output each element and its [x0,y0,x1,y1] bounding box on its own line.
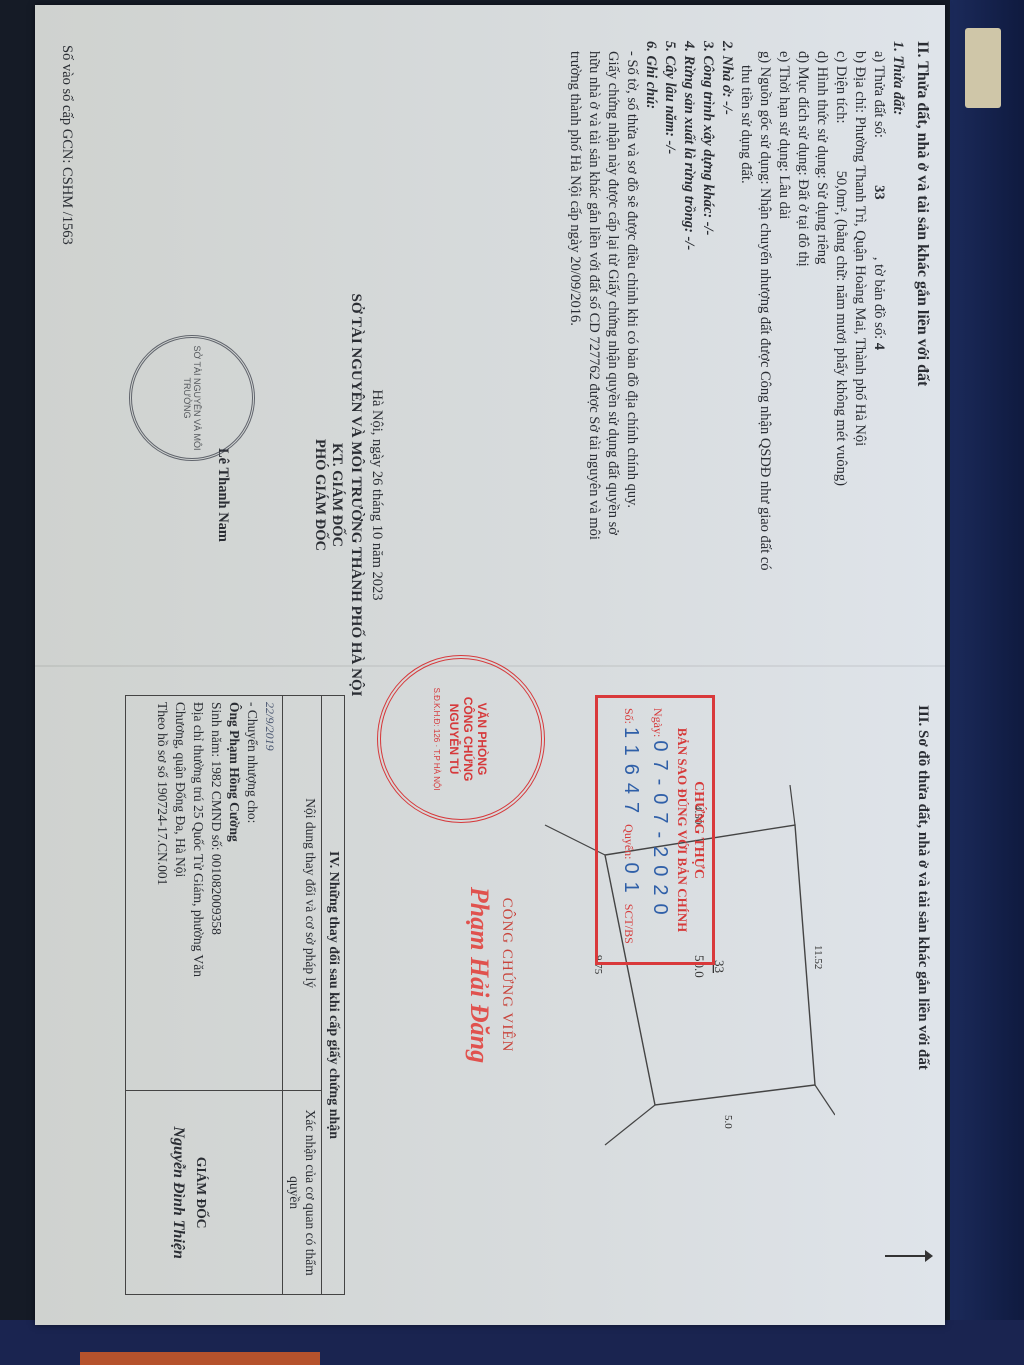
signer-authority: KT. GIÁM ĐỐC [328,285,345,705]
notary-signature: CÔNG CHỨNG VIÊN Phạm Hải Đăng [464,845,515,1105]
usage-purpose-line: đ) Mục đích sử dụng: Đất ở tại đô thị [793,41,812,681]
usage-term-line: e) Thời hạn sử dụng: Lâu dài [774,41,793,681]
note-line: trường thành phố Hà Nội cấp ngày 20/09/2… [565,41,584,681]
other-construction-line: 3. Công trình xây dựng khác: -/- [698,41,717,681]
issue-place-date: Hà Nội, ngày 26 tháng 10 năm 2023 [368,285,385,705]
notary-office-seal: VĂN PHÒNG CÔNG CHỨNG NGUYỄN TÚ S.Đ.K.H.Đ… [377,655,545,823]
certification-date: 07-07-2020 [649,740,671,922]
section-iv-title: IV. Những thay đổi sau khi cấp giấy chứn… [322,696,345,1295]
section-iii-title: III. Sơ đồ thửa đất, nhà ở và tài sản kh… [914,705,931,1070]
signer-role: PHÓ GIÁM ĐỐC [311,285,328,705]
issuance-signature-block: Hà Nội, ngày 26 tháng 10 năm 2023 SỞ TÀI… [214,285,385,705]
col-confirmation: Xác nhận của cơ quan có thẩm quyền [283,1091,322,1295]
house-line: 2. Nhà ở: -/- [717,41,736,681]
area-value: 50,0m², (bằng chữ: năm mươi phẩy không m… [833,171,849,486]
col-change-content: Nội dung thay đổi và cơ sở pháp lý [283,696,322,1091]
issuing-authority: SỞ TÀI NGUYÊN VÀ MÔI TRƯỜNG THÀNH PHỐ HÀ… [347,285,364,705]
confirm-signer: Nguyễn Đình Thiện [169,1097,187,1288]
address-line: b) Địa chỉ: Phường Thanh Trì, Quận Hoàng… [850,41,869,681]
svg-text:11.52: 11.52 [812,945,824,969]
notary-title: CÔNG CHỨNG VIÊN [498,845,515,1105]
north-arrow-icon [885,1255,925,1257]
section-ii-details: 1. Thửa đất: a) Thửa đất số: 33 , tờ bản… [565,41,907,681]
cover-label-sticker [965,28,1001,108]
background-object [80,1352,320,1365]
change-content-cell: 22/9/2019 - Chuyển nhượng cho: Ông Phạm … [126,696,283,1091]
notes-heading: 6. Ghi chú: [641,41,660,681]
plot-number-line: a) Thửa đất số: 33 , tờ bản đồ số: 4 [869,41,888,681]
document-cover [950,0,1024,1365]
plot-number: 33 [871,185,887,200]
confirm-role: GIÁM ĐỐC [193,1097,209,1288]
certification-number: 11647 [620,727,642,821]
authority-seal: SỞ TÀI NGUYÊN VÀ MÔI TRƯỜNG [129,335,255,461]
note-line: Giấy chứng nhận này được cấp lại từ Giấy… [603,41,622,681]
notary-name: Phạm Hải Đăng [464,845,494,1105]
section-ii-title: II. Thửa đất, nhà ở và tài sản khác gắn … [913,41,931,386]
land-plot-heading: 1. Thửa đất: [888,41,907,681]
map-sheet-number: 4 [871,343,887,350]
certified-copy-stamp: CHỨNG THỰC BẢN SAO ĐÚNG VỚI BẢN CHÍNH Ng… [595,695,715,965]
confirmation-cell: GIÁM ĐỐC Nguyễn Đình Thiện [126,1091,283,1295]
registry-number: Số vào sổ cấp GCN: CSHM /1563 [58,45,75,245]
perennial-trees-line: 5. Cây lâu năm: -/- [660,41,679,681]
forest-line: 4. Rừng sản xuất là rừng trồng: -/- [679,41,698,681]
usage-origin-line: g) Nguồn gốc sử dụng: Nhận chuyển nhượng… [755,41,774,681]
certification-book: 01 [620,862,642,900]
transferee-name: Ông Phạm Hồng Cường [225,702,243,1084]
handwritten-date: 22/9/2019 [261,702,279,1084]
usage-form-line: d) Hình thức sử dụng: Sử dụng riêng [812,41,831,681]
area-line: c) Diện tích: 50,0m², (bằng chữ: năm mươ… [831,41,850,681]
svg-text:5.0: 5.0 [722,1115,734,1129]
certificate-page: II. Thửa đất, nhà ở và tài sản khác gắn … [35,5,945,1325]
note-line: - Số tờ, số thửa và sơ đồ sẽ được điều c… [622,41,641,681]
note-line: hữu nhà ở và tài sản khác gắn liền với đ… [584,41,603,681]
usage-origin-cont: thu tiền sử dụng đất. [736,41,755,681]
changes-table: IV. Những thay đổi sau khi cấp giấy chứn… [125,695,345,1295]
